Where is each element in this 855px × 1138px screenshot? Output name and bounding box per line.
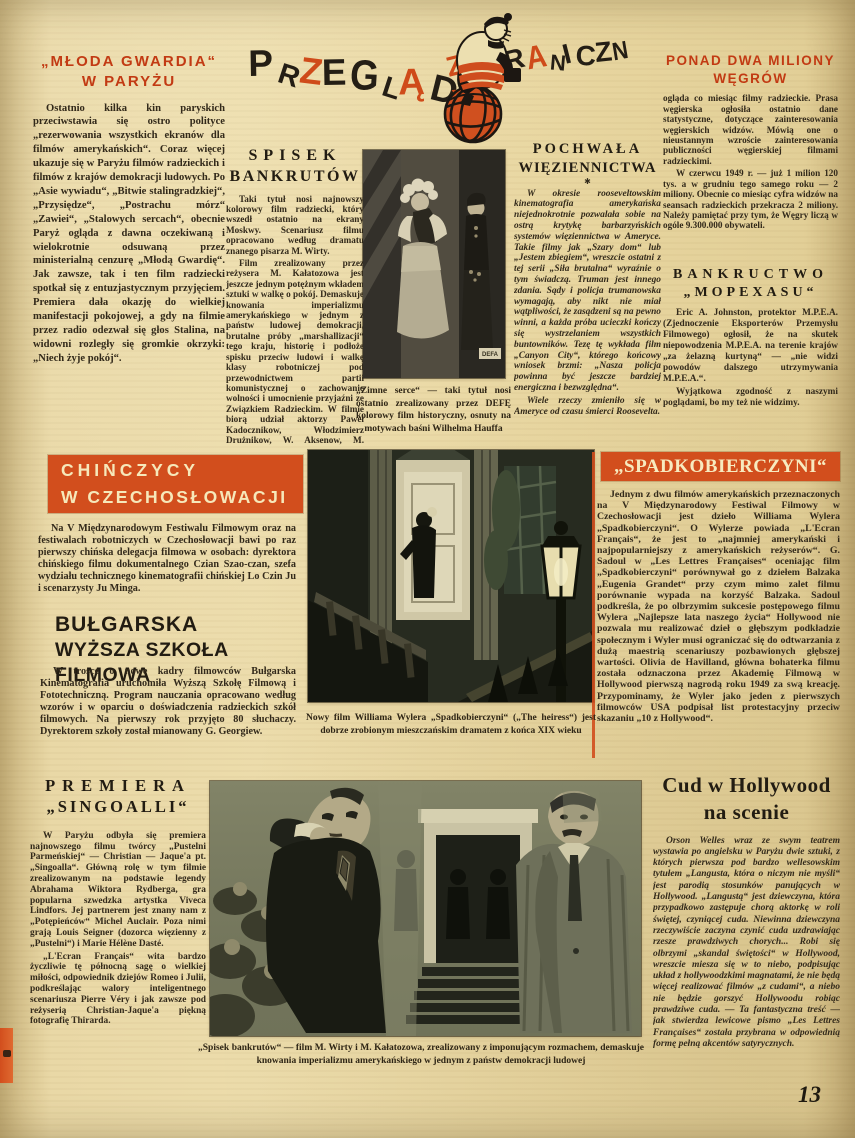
article-paragraph: Film zrealizowany przez reżysera M. Kała…	[226, 258, 364, 446]
article-pochwala-wiezennictwa: POCHWAŁA WIĘZIENNICTWA ✱ W okresie roose…	[514, 140, 661, 441]
article-title: BANKRUCTWO	[663, 266, 838, 284]
banner-title: „SPADKOBIERCZYNI“	[614, 456, 827, 477]
article-ponad-dwa-miliony: PONAD DWA MILIONY WĘGRÓW ogląda co miesi…	[663, 52, 838, 261]
article-spadkobierczyni: Jednym z dwu filmów amerykańskich przezn…	[597, 489, 840, 759]
article-title-line2: na scenie	[653, 799, 840, 826]
article-body: Orson Welles wraz ze swym teatrem wystaw…	[653, 836, 840, 1051]
article-title: POCHWAŁA	[514, 140, 661, 159]
article-paragraph: Wiele rzeczy zmieniło się w Ameryce od c…	[514, 396, 661, 418]
article-body: W trosce o nowe kadry filmowców Bułgarsk…	[40, 666, 296, 738]
photo-heiress-staircase	[308, 450, 594, 702]
caption-spisek-bankrutow: „Spisek bankrutów“ — film M. Wirty i M. …	[198, 1042, 644, 1067]
banner-spadkobierczyni: „SPADKOBIERCZYNI“	[601, 452, 840, 481]
article-paragraph: W okresie rooseveltowskim kinematografia…	[514, 189, 661, 394]
article-title-line2: „SINGOALLI“	[30, 796, 206, 817]
banner-title-line2: W CZECHOSŁOWACJI	[61, 484, 303, 511]
article-title: PREMIERA	[30, 775, 206, 796]
defa-watermark: DEFA	[482, 352, 499, 358]
article-bankructwo-mopexasu: BANKRUCTWO „MOPEXASU“ Eric A. Johnston, …	[663, 266, 838, 446]
caption-zimne-serce: „Zimne serce“ — taki tytuł nosi ostatnio…	[356, 385, 511, 435]
article-title: „MŁODA GWARDIA“	[33, 52, 225, 72]
page-number: 13	[798, 1082, 821, 1108]
article-title-line2: WIĘZIENNICTWA	[514, 159, 661, 178]
article-title: SPISEK	[226, 146, 364, 167]
article-body: Ostatnio kilka kin paryskich przeciwstaw…	[33, 102, 225, 366]
article-title-line2: BANKRUTÓW	[226, 167, 364, 188]
article-paragraph: Wyjątkowa zgodność z naszymi poglądami, …	[663, 387, 838, 409]
article-cud-w-hollywood: Cud w Hollywood na scenie Orson Welles w…	[653, 772, 840, 1094]
banner-chinczycy: CHIŃCZYCY W CZECHOSŁOWACJI	[48, 455, 303, 513]
globe-icon	[445, 84, 501, 144]
man-dark-suit	[266, 788, 386, 1033]
article-paragraph: W Paryżu odbyła się premiera najnowszego…	[30, 831, 206, 950]
article-paragraph: Eric A. Johnston, protektor M.P.E.A. (Zj…	[663, 308, 838, 385]
photo-zimne-serce: DEFA	[363, 150, 505, 378]
article-body: Na V Międzynarodowym Festiwalu Filmowym …	[38, 523, 296, 595]
caption-heiress: Nowy film Williama Wylera „Spadkobierczy…	[306, 712, 596, 737]
article-title-line2: „MOPEXASU“	[663, 284, 838, 302]
article-title: Cud w Hollywood	[653, 772, 840, 799]
banner-title: CHIŃCZYCY	[61, 457, 303, 484]
man-on-globe-illustration	[416, 8, 536, 148]
article-paragraph: „L'Ecran Français“ wita bardzo życzliwie…	[30, 952, 206, 1028]
photo-spisek-bankrutow	[210, 781, 641, 1036]
article-mloda-gwardia: „MŁODA GWARDIA“ W PARYŻU Ostatnio kilka …	[33, 52, 225, 434]
article-body: Jednym z dwu filmów amerykańskich przezn…	[597, 489, 840, 724]
article-title-line2: WĘGRÓW	[663, 70, 838, 88]
left-edge-red-strip	[0, 1028, 13, 1083]
article-paragraph: Taki tytuł nosi najnowszy kolorowy film …	[226, 194, 364, 256]
article-chinczycy: Na V Międzynarodowym Festiwalu Filmowym …	[38, 523, 296, 609]
article-paragraph: W czerwcu 1949 r. — już 1 milion 120 tys…	[663, 168, 838, 230]
article-title: BUŁGARSKA	[55, 612, 305, 638]
asterisk-ornament: ✱	[514, 178, 661, 186]
magazine-page: PRZEGLĄD ZAGRANICZNY	[0, 0, 855, 1138]
article-paragraph: ogląda co miesiąc filmy radzieckie. Pras…	[663, 93, 838, 166]
article-premiera-singoalli: PREMIERA „SINGOALLI“ W Paryżu odbyła się…	[30, 775, 206, 1089]
article-title-line2: W PARYŻU	[33, 72, 225, 92]
masthead: PRZEGLĄD ZAGRANICZNY	[238, 12, 650, 144]
article-title: PONAD DWA MILIONY	[663, 52, 838, 70]
article-spisek-bankrutow: SPISEK BANKRUTÓW Taki tytuł nosi najnows…	[226, 146, 364, 446]
article-bulgarska-body: W trosce o nowe kadry filmowców Bułgarsk…	[40, 666, 296, 764]
